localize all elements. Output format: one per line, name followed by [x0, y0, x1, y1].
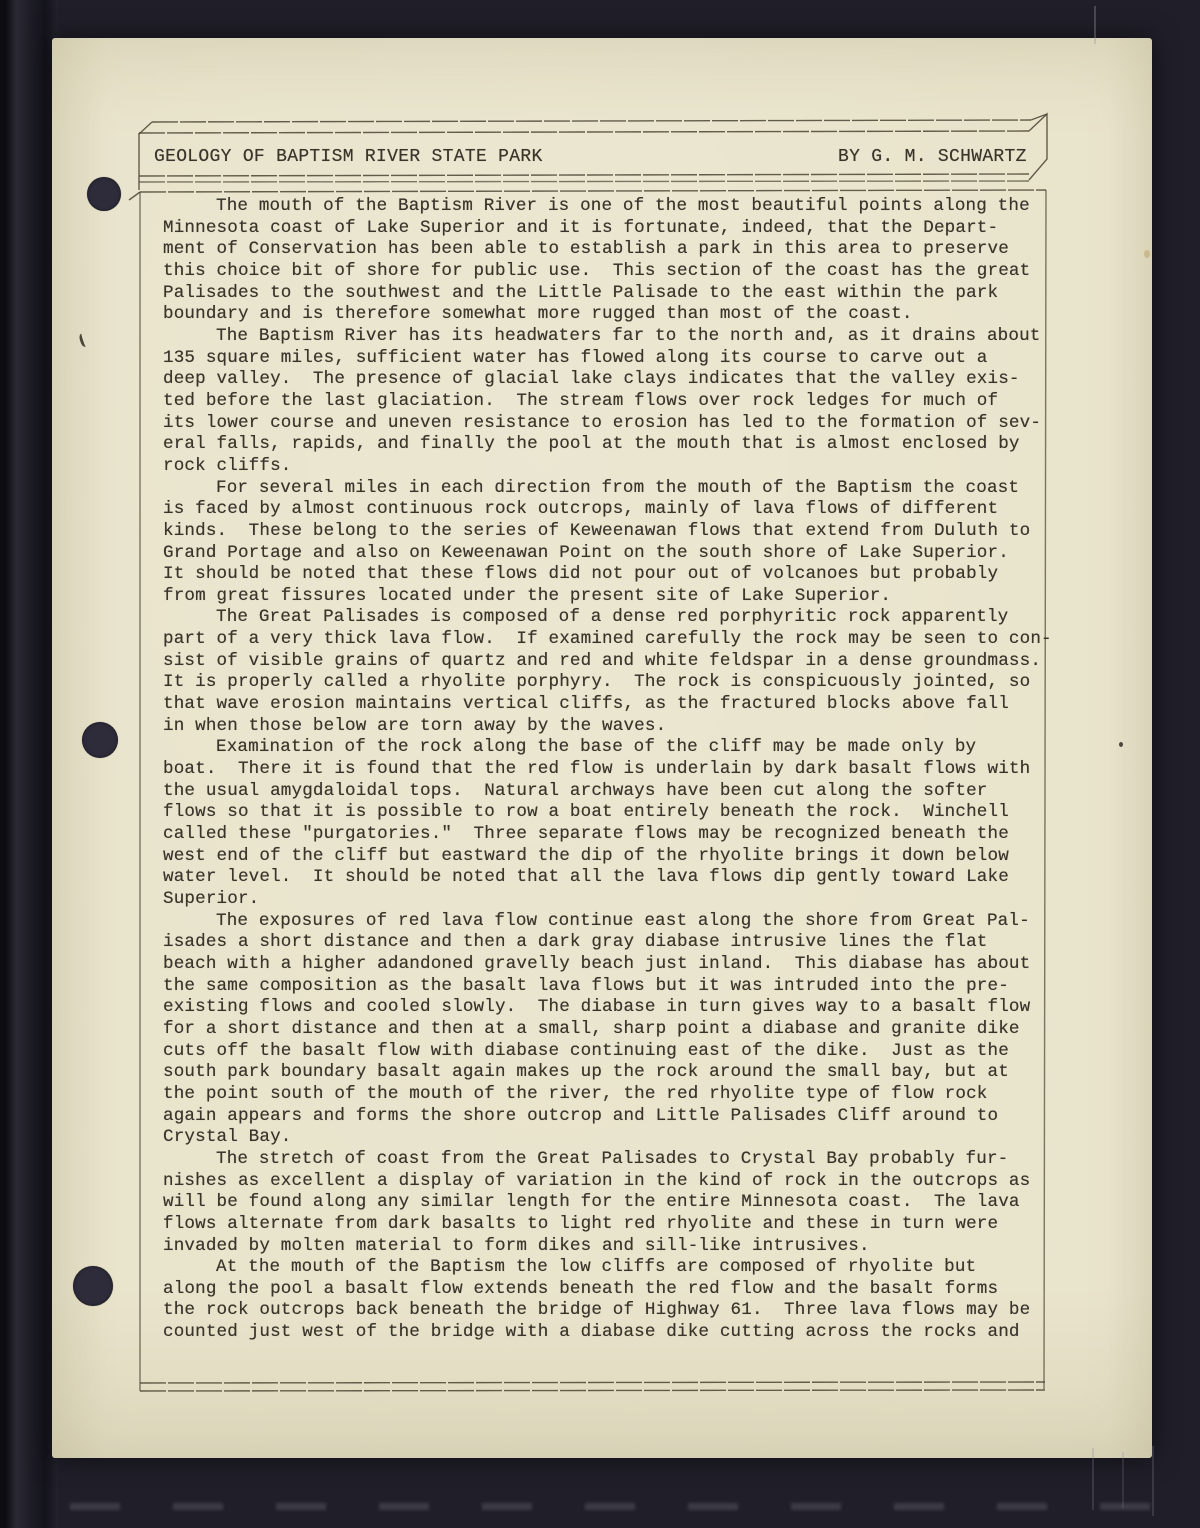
text-line: At the mouth of the Baptism the low clif…	[163, 1257, 1093, 1279]
text-line: will be found along any similar length f…	[163, 1192, 1093, 1214]
text-line: is faced by almost continuous rock outcr…	[163, 499, 1093, 521]
text-line: rock cliffs.	[163, 456, 1093, 478]
text-line: its lower course and uneven resistance t…	[163, 413, 1093, 435]
text-line: the usual amygdaloidal tops. Natural arc…	[163, 781, 1093, 803]
text-line: water level. It should be noted that all…	[163, 867, 1093, 889]
text-line: ted before the last glaciation. The stre…	[163, 391, 1093, 413]
paragraph: The exposures of red lava flow continue …	[163, 911, 1093, 1149]
text-line: isades a short distance and then a dark …	[163, 932, 1093, 954]
byline: BY G. M. SCHWARTZ	[838, 147, 1027, 167]
paragraph: The mouth of the Baptism River is one of…	[163, 196, 1093, 326]
text-line: boundary and is therefore somewhat more …	[163, 304, 1093, 326]
text-line: The exposures of red lava flow continue …	[163, 911, 1093, 933]
text-line: The stretch of coast from the Great Pali…	[163, 1149, 1093, 1171]
paragraph: The stretch of coast from the Great Pali…	[163, 1149, 1093, 1257]
text-line: 135 square miles, sufficient water has f…	[163, 348, 1093, 370]
text-line: deep valley. The presence of glacial lak…	[163, 369, 1093, 391]
header-3d-end-cap	[1029, 114, 1047, 180]
scan-artifact-scratch	[1152, 1446, 1154, 1516]
text-line: The Baptism River has its headwaters far…	[163, 326, 1093, 348]
text-line: called these "purgatories." Three separa…	[163, 824, 1093, 846]
text-line: invaded by molten material to form dikes…	[163, 1236, 1093, 1258]
text-line: Superior.	[163, 889, 1093, 911]
text-line: the point south of the mouth of the rive…	[163, 1084, 1093, 1106]
hole-punch	[73, 1266, 113, 1306]
text-line: west end of the cliff but eastward the d…	[163, 846, 1093, 868]
paragraph: For several miles in each direction from…	[163, 478, 1093, 608]
text-line: along the pool a basalt flow extends ben…	[163, 1279, 1093, 1301]
text-line: the rock outcrops back beneath the bridg…	[163, 1300, 1093, 1322]
paragraph: At the mouth of the Baptism the low clif…	[163, 1257, 1093, 1344]
hole-punch	[87, 177, 121, 211]
document-body: The mouth of the Baptism River is one of…	[163, 196, 1093, 1344]
scan-artifact-scratch	[1092, 1448, 1094, 1510]
scanned-document-background: GEOLOGY OF BAPTISM RIVER STATE PARK BY G…	[0, 0, 1200, 1528]
text-line: For several miles in each direction from…	[163, 478, 1093, 500]
binding-gutter	[0, 0, 58, 1528]
hole-punch	[82, 722, 118, 758]
text-line: It is properly called a rhyolite porphyr…	[163, 672, 1093, 694]
header-bottom-rule-2	[139, 181, 1029, 182]
text-line: nishes as excellent a display of variati…	[163, 1171, 1093, 1193]
text-line: part of a very thick lava flow. If exami…	[163, 629, 1093, 651]
paper-speck	[1144, 250, 1150, 258]
body-box-left-bevel	[129, 192, 140, 200]
text-line: flows so that it is possible to row a bo…	[163, 802, 1093, 824]
header-left-bevel	[139, 122, 152, 134]
text-line: that wave erosion maintains vertical cli…	[163, 694, 1093, 716]
ink-dot	[1119, 742, 1123, 747]
text-line: Crystal Bay.	[163, 1127, 1093, 1149]
text-line: existing flows and cooled slowly. The di…	[163, 997, 1093, 1019]
scan-artifact-scratch	[1122, 1452, 1124, 1508]
text-line: Palisades to the southwest and the Littl…	[163, 283, 1093, 305]
paragraph: The Great Palisades is composed of a den…	[163, 607, 1093, 737]
text-line: It should be noted that these flows did …	[163, 564, 1093, 586]
text-line: from great fissures located under the pr…	[163, 586, 1093, 608]
text-line: counted just west of the bridge with a d…	[163, 1322, 1093, 1344]
text-line: boat. There it is found that the red flo…	[163, 759, 1093, 781]
text-line: in when those below are torn away by the…	[163, 716, 1093, 738]
scan-artifact-dashes	[70, 1503, 1185, 1510]
body-box-top-rule	[140, 190, 1046, 192]
text-line: beach with a higher adandoned gravelly b…	[163, 954, 1093, 976]
page-title: GEOLOGY OF BAPTISM RIVER STATE PARK	[154, 147, 543, 167]
text-line: flows alternate from dark basalts to lig…	[163, 1214, 1093, 1236]
text-line: Minnesota coast of Lake Superior and it …	[163, 218, 1093, 240]
text-line: sist of visible grains of quartz and red…	[163, 651, 1093, 673]
text-line: the same composition as the basalt lava …	[163, 976, 1093, 998]
text-line: for a short distance and then at a small…	[163, 1019, 1093, 1041]
text-line: eral falls, rapids, and finally the pool…	[163, 434, 1093, 456]
paragraph: Examination of the rock along the base o…	[163, 737, 1093, 910]
text-line: Grand Portage and also on Keweenawan Poi…	[163, 543, 1093, 565]
text-line: The Great Palisades is composed of a den…	[163, 607, 1093, 629]
text-line: ment of Conservation has been able to es…	[163, 239, 1093, 261]
text-line: Examination of the rock along the base o…	[163, 737, 1093, 759]
text-line: this choice bit of shore for public use.…	[163, 261, 1093, 283]
header-bottom-rule	[139, 174, 1029, 176]
header-top-front-rule	[139, 131, 1029, 133]
text-line: south park boundary basalt again makes u…	[163, 1062, 1093, 1084]
document-page: GEOLOGY OF BAPTISM RIVER STATE PARK BY G…	[52, 38, 1152, 1458]
text-line: The mouth of the Baptism River is one of…	[163, 196, 1093, 218]
paragraph: The Baptism River has its headwaters far…	[163, 326, 1093, 478]
scan-artifact-scratch	[1094, 6, 1096, 44]
text-line: again appears and forms the shore outcro…	[163, 1106, 1093, 1128]
header-top-back-rule	[152, 120, 1031, 122]
body-box-bottom-rule-2	[140, 1390, 1045, 1391]
text-line: cuts off the basalt flow with diabase co…	[163, 1041, 1093, 1063]
text-line: kinds. These belong to the series of Kew…	[163, 521, 1093, 543]
body-box-bottom-rule	[140, 1382, 1045, 1383]
